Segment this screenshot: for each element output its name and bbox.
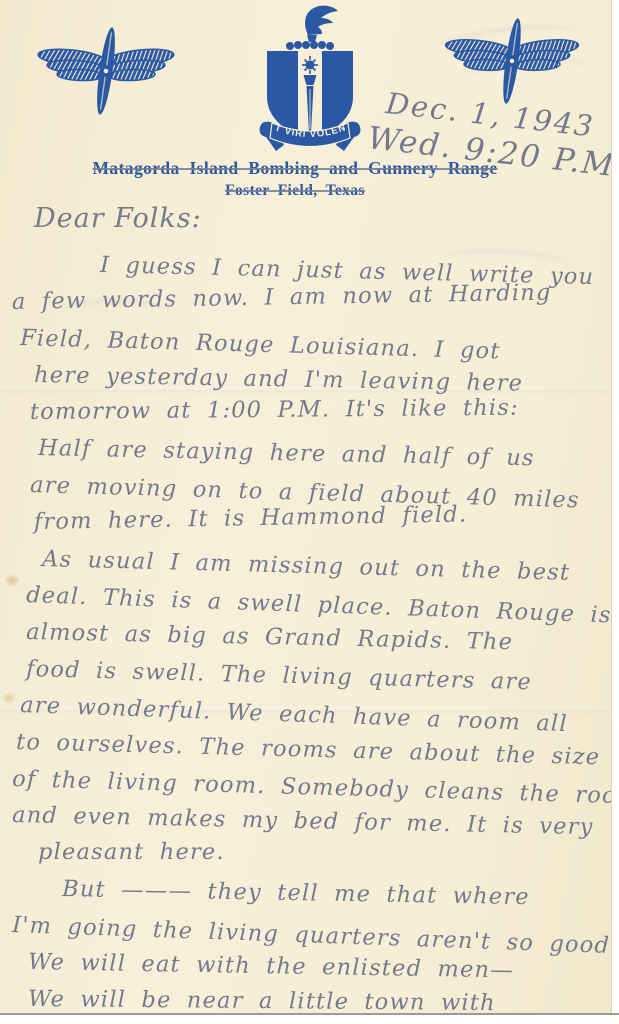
letter-line: But ——— they tell me that where <box>62 876 613 922</box>
scanned-letter-page: UT VIRI VOLENT Matagorda Island Bombing … <box>0 0 619 1024</box>
scan-edge-bottom <box>0 1013 619 1024</box>
winged-propeller-icon <box>36 22 176 120</box>
letter-body: I guess I can just as well write you a f… <box>12 252 612 1022</box>
letter-salutation: Dear Folks: <box>34 203 202 234</box>
letter-line: tomorrow at 1:00 P.M. It's like this: <box>30 394 612 436</box>
letterhead-location: Foster Field, Texas <box>55 182 535 200</box>
scan-edge-right <box>611 0 619 1024</box>
letter-line: pleasant here. <box>38 839 612 876</box>
torch-shield-crest-icon: UT VIRI VOLENT <box>234 5 386 159</box>
